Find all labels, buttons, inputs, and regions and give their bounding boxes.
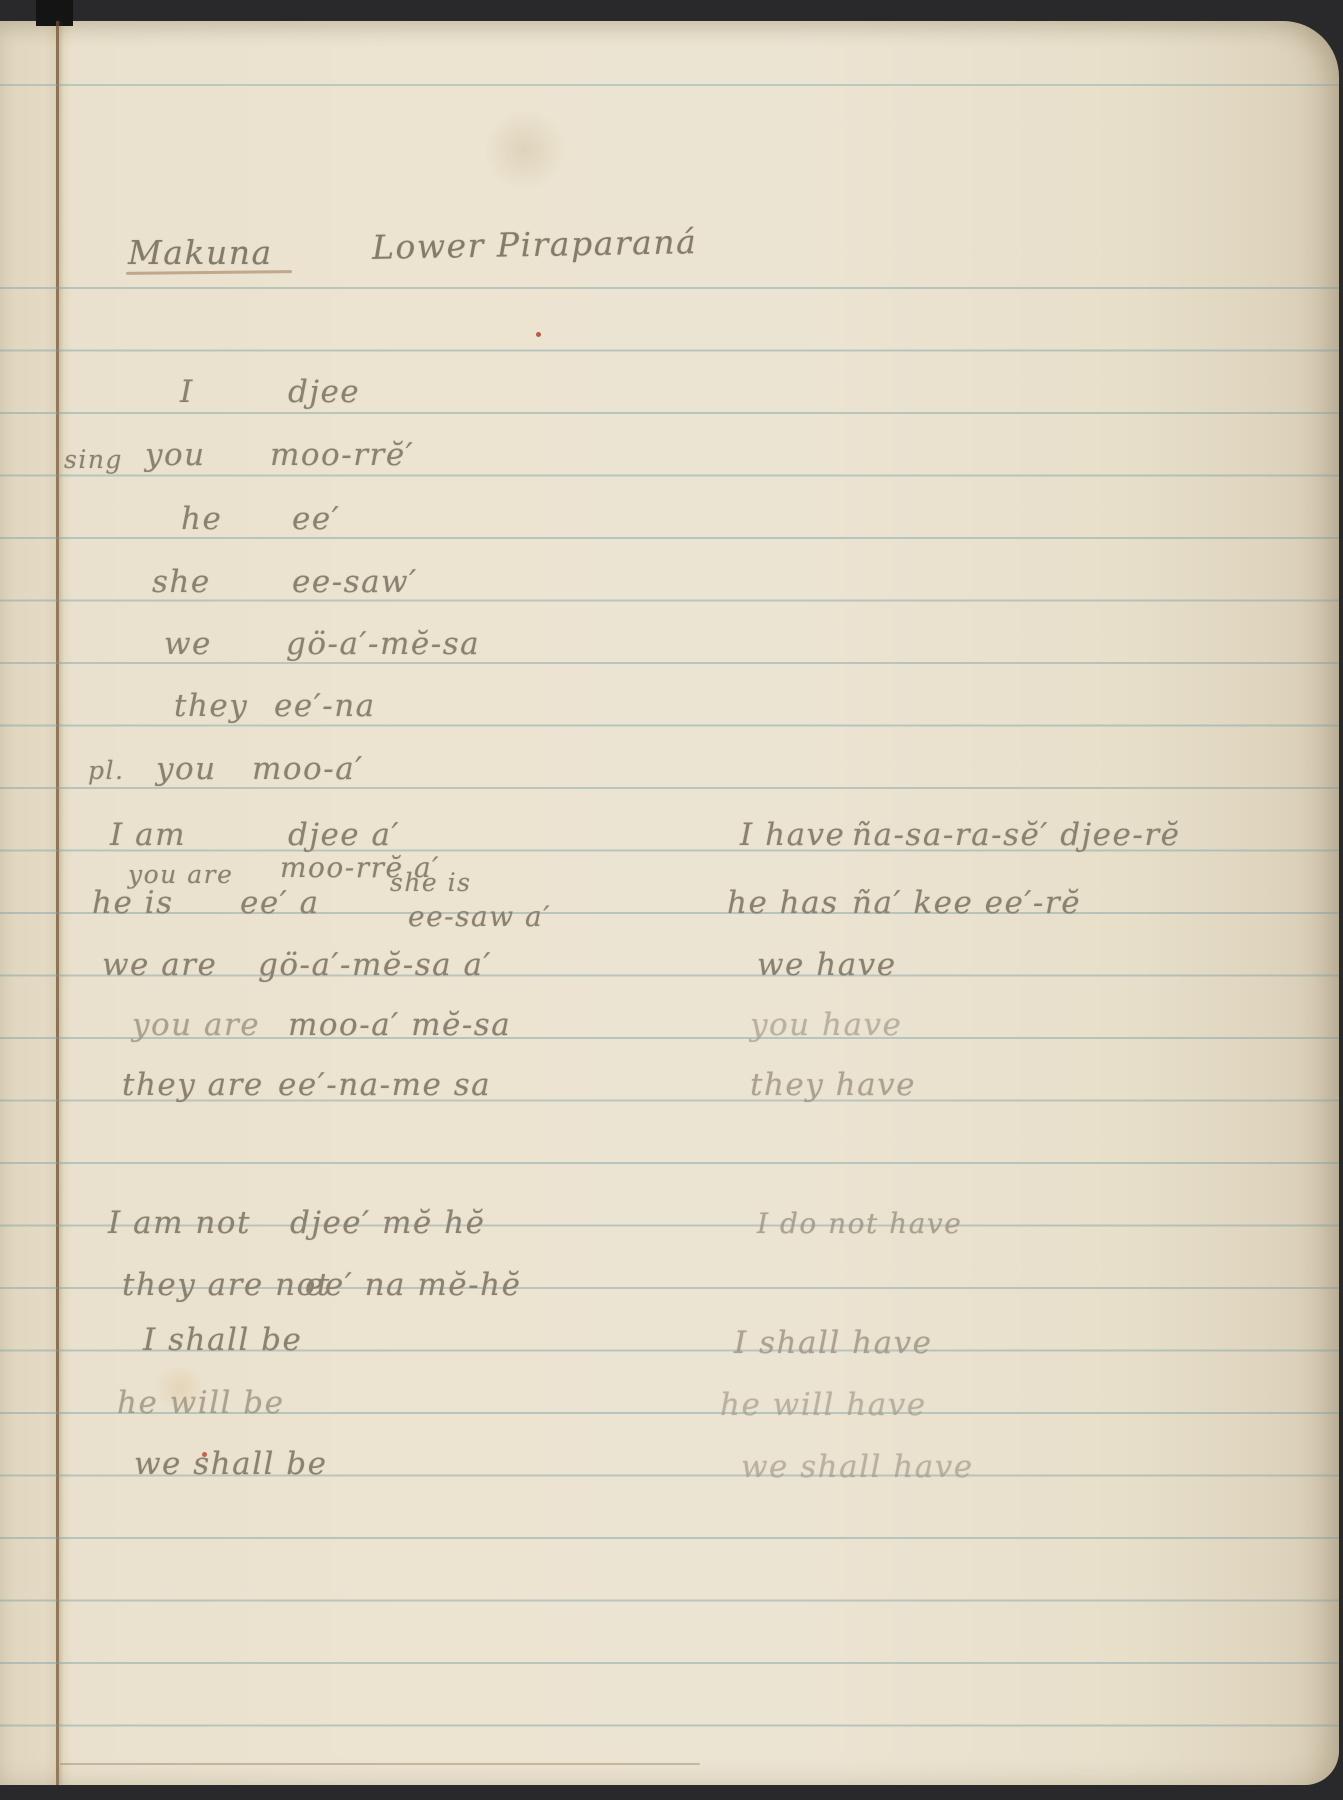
heading-language: Makuna bbox=[128, 236, 273, 269]
handwriting-pronoun: we bbox=[164, 629, 212, 660]
handwriting-future-phrase: I shall be bbox=[143, 1325, 302, 1356]
handwriting-form: ee′ bbox=[292, 504, 340, 535]
handwriting-form: ee′-na bbox=[274, 691, 376, 722]
handwriting-future-phrase: I shall have bbox=[734, 1328, 932, 1359]
handwriting-future-phrase: he will have bbox=[720, 1390, 927, 1421]
handwriting-future-phrase: we shall have bbox=[741, 1452, 974, 1483]
handwriting-gloss: you are bbox=[128, 862, 233, 887]
handwriting-gloss: I do not have bbox=[757, 1210, 962, 1238]
handwriting-pronoun: they bbox=[174, 691, 248, 722]
binding-notch bbox=[36, 0, 73, 26]
handwriting-form: ña-sa-ra-sĕ′ djee-rĕ bbox=[852, 820, 1181, 851]
handwriting-gloss: we have bbox=[757, 950, 897, 981]
handwriting-pronoun: you bbox=[156, 754, 217, 785]
handwriting-gloss: she is bbox=[390, 870, 472, 895]
handwriting-gloss: they have bbox=[750, 1070, 916, 1101]
handwriting-form: ee′-na-me sa bbox=[278, 1070, 491, 1101]
handwriting-form: ee′ na mĕ-hĕ bbox=[305, 1270, 521, 1301]
handwriting-margin-label: sing bbox=[64, 447, 123, 472]
handwriting-gloss: they are not bbox=[122, 1270, 331, 1301]
handwriting-pronoun: you bbox=[145, 440, 206, 471]
ruled-line-top bbox=[0, 84, 1339, 86]
handwriting-form: ee-saw a′ bbox=[408, 903, 551, 931]
handwriting-gloss: we are bbox=[102, 950, 217, 981]
handwriting-pronoun: I bbox=[180, 377, 194, 408]
handwriting-form: gö-a′-mĕ-sa a′ bbox=[258, 950, 492, 981]
handwriting-gloss: you have bbox=[750, 1010, 902, 1041]
handwriting-gloss: I have bbox=[740, 820, 845, 851]
handwriting-pronoun: he bbox=[181, 504, 222, 535]
handwriting-gloss: you are bbox=[132, 1010, 260, 1041]
handwriting-gloss: I am not bbox=[108, 1208, 251, 1239]
handwriting-form: djee bbox=[288, 377, 360, 408]
handwriting-future-phrase: we shall be bbox=[134, 1449, 327, 1480]
handwriting-pronoun: she bbox=[152, 567, 211, 598]
page-bottom-edge bbox=[60, 1763, 700, 1765]
handwriting-form: ña′ kee ee′-rĕ bbox=[852, 888, 1081, 919]
handwriting-form: ee′ a bbox=[240, 888, 320, 919]
handwriting-gloss: he is bbox=[92, 888, 174, 919]
handwriting-gloss: I am bbox=[110, 820, 186, 851]
handwriting-gloss: he has bbox=[727, 888, 839, 919]
heading-region: Lower Piraparaná bbox=[372, 225, 698, 264]
handwriting-form: gö-a′-mĕ-sa bbox=[286, 629, 480, 660]
ink-speck bbox=[536, 332, 541, 337]
handwriting-form: djee′ mĕ hĕ bbox=[290, 1208, 485, 1239]
handwriting-plural-label: pl. bbox=[88, 758, 124, 783]
paper-stain bbox=[480, 110, 570, 190]
handwriting-form: ee-saw′ bbox=[292, 567, 418, 598]
handwriting-form: moo-rrĕ′ bbox=[270, 440, 414, 471]
handwriting-form: moo-a′ bbox=[252, 754, 364, 785]
handwriting-gloss: they are bbox=[122, 1070, 264, 1101]
handwriting-future-phrase: he will be bbox=[117, 1388, 285, 1419]
handwriting-form: djee a′ bbox=[288, 820, 400, 851]
handwriting-form: moo-a′ mĕ-sa bbox=[288, 1010, 511, 1041]
